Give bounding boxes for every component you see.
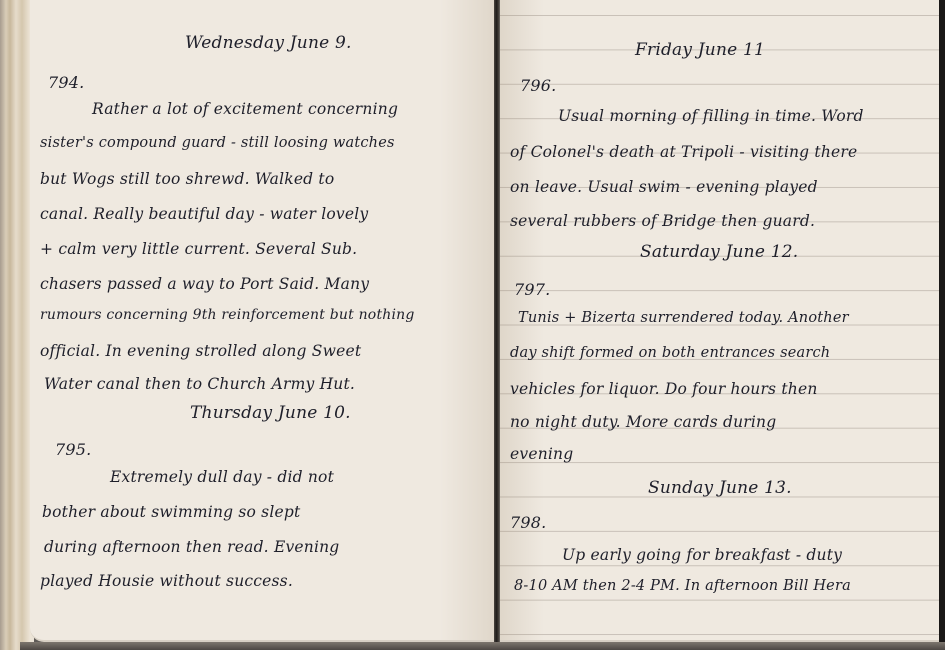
entry-line: Up early going for breakfast - duty — [562, 546, 842, 564]
entry-number-798: 798. — [510, 513, 546, 532]
entry-line: evening — [510, 445, 573, 463]
book-edge-right — [939, 0, 945, 650]
entry-line: sister's compound guard - still loosing … — [40, 135, 395, 151]
right-page: Friday June 11 796. Usual morning of fil… — [500, 0, 940, 642]
left-page: Wednesday June 9. 794. Rather a lot of e… — [30, 0, 496, 642]
date-heading-june-11: Friday June 11 — [635, 40, 765, 60]
date-heading-june-12: Saturday June 12. — [640, 242, 798, 262]
entry-number-795: 795. — [55, 440, 91, 459]
entry-line: on leave. Usual swim - evening played — [510, 178, 818, 196]
entry-line: 8-10 AM then 2-4 PM. In afternoon Bill H… — [514, 578, 851, 594]
entry-line: day shift formed on both entrances searc… — [510, 345, 830, 361]
entry-line: canal. Really beautiful day - water love… — [40, 205, 368, 223]
entry-line: chasers passed a way to Port Said. Many — [40, 275, 369, 293]
entry-line: + calm very little current. Several Sub. — [40, 240, 357, 258]
entry-line: Tunis + Bizerta surrendered today. Anoth… — [518, 310, 849, 326]
entry-line: played Housie without success. — [40, 572, 293, 590]
diary-spread: Wednesday June 9. 794. Rather a lot of e… — [0, 0, 945, 650]
entry-line: Rather a lot of excitement concerning — [92, 100, 398, 118]
entry-line: official. In evening strolled along Swee… — [40, 342, 361, 360]
entry-line: Water canal then to Church Army Hut. — [44, 375, 355, 393]
date-heading-june-10: Thursday June 10. — [190, 403, 351, 423]
entry-number-794: 794. — [48, 73, 84, 92]
entry-line: bother about swimming so slept — [42, 503, 300, 521]
entry-line: of Colonel's death at Tripoli - visiting… — [510, 143, 857, 161]
entry-line: during afternoon then read. Evening — [44, 538, 339, 556]
entry-line: Extremely dull day - did not — [110, 468, 334, 486]
entry-line: but Wogs still too shrewd. Walked to — [40, 170, 334, 188]
entry-number-797: 797. — [514, 280, 550, 299]
book-edge-left — [0, 0, 34, 650]
book-bottom-edge — [20, 642, 945, 650]
date-heading-june-9: Wednesday June 9. — [185, 33, 352, 53]
date-heading-june-13: Sunday June 13. — [648, 478, 792, 498]
entry-line: several rubbers of Bridge then guard. — [510, 212, 815, 230]
book-gutter — [494, 0, 499, 645]
entry-number-796: 796. — [520, 76, 556, 95]
entry-line: vehicles for liquor. Do four hours then — [510, 380, 818, 398]
entry-line: no night duty. More cards during — [510, 413, 776, 431]
entry-line: Usual morning of filling in time. Word — [558, 107, 864, 125]
entry-line: rumours concerning 9th reinforcement but… — [40, 307, 415, 323]
